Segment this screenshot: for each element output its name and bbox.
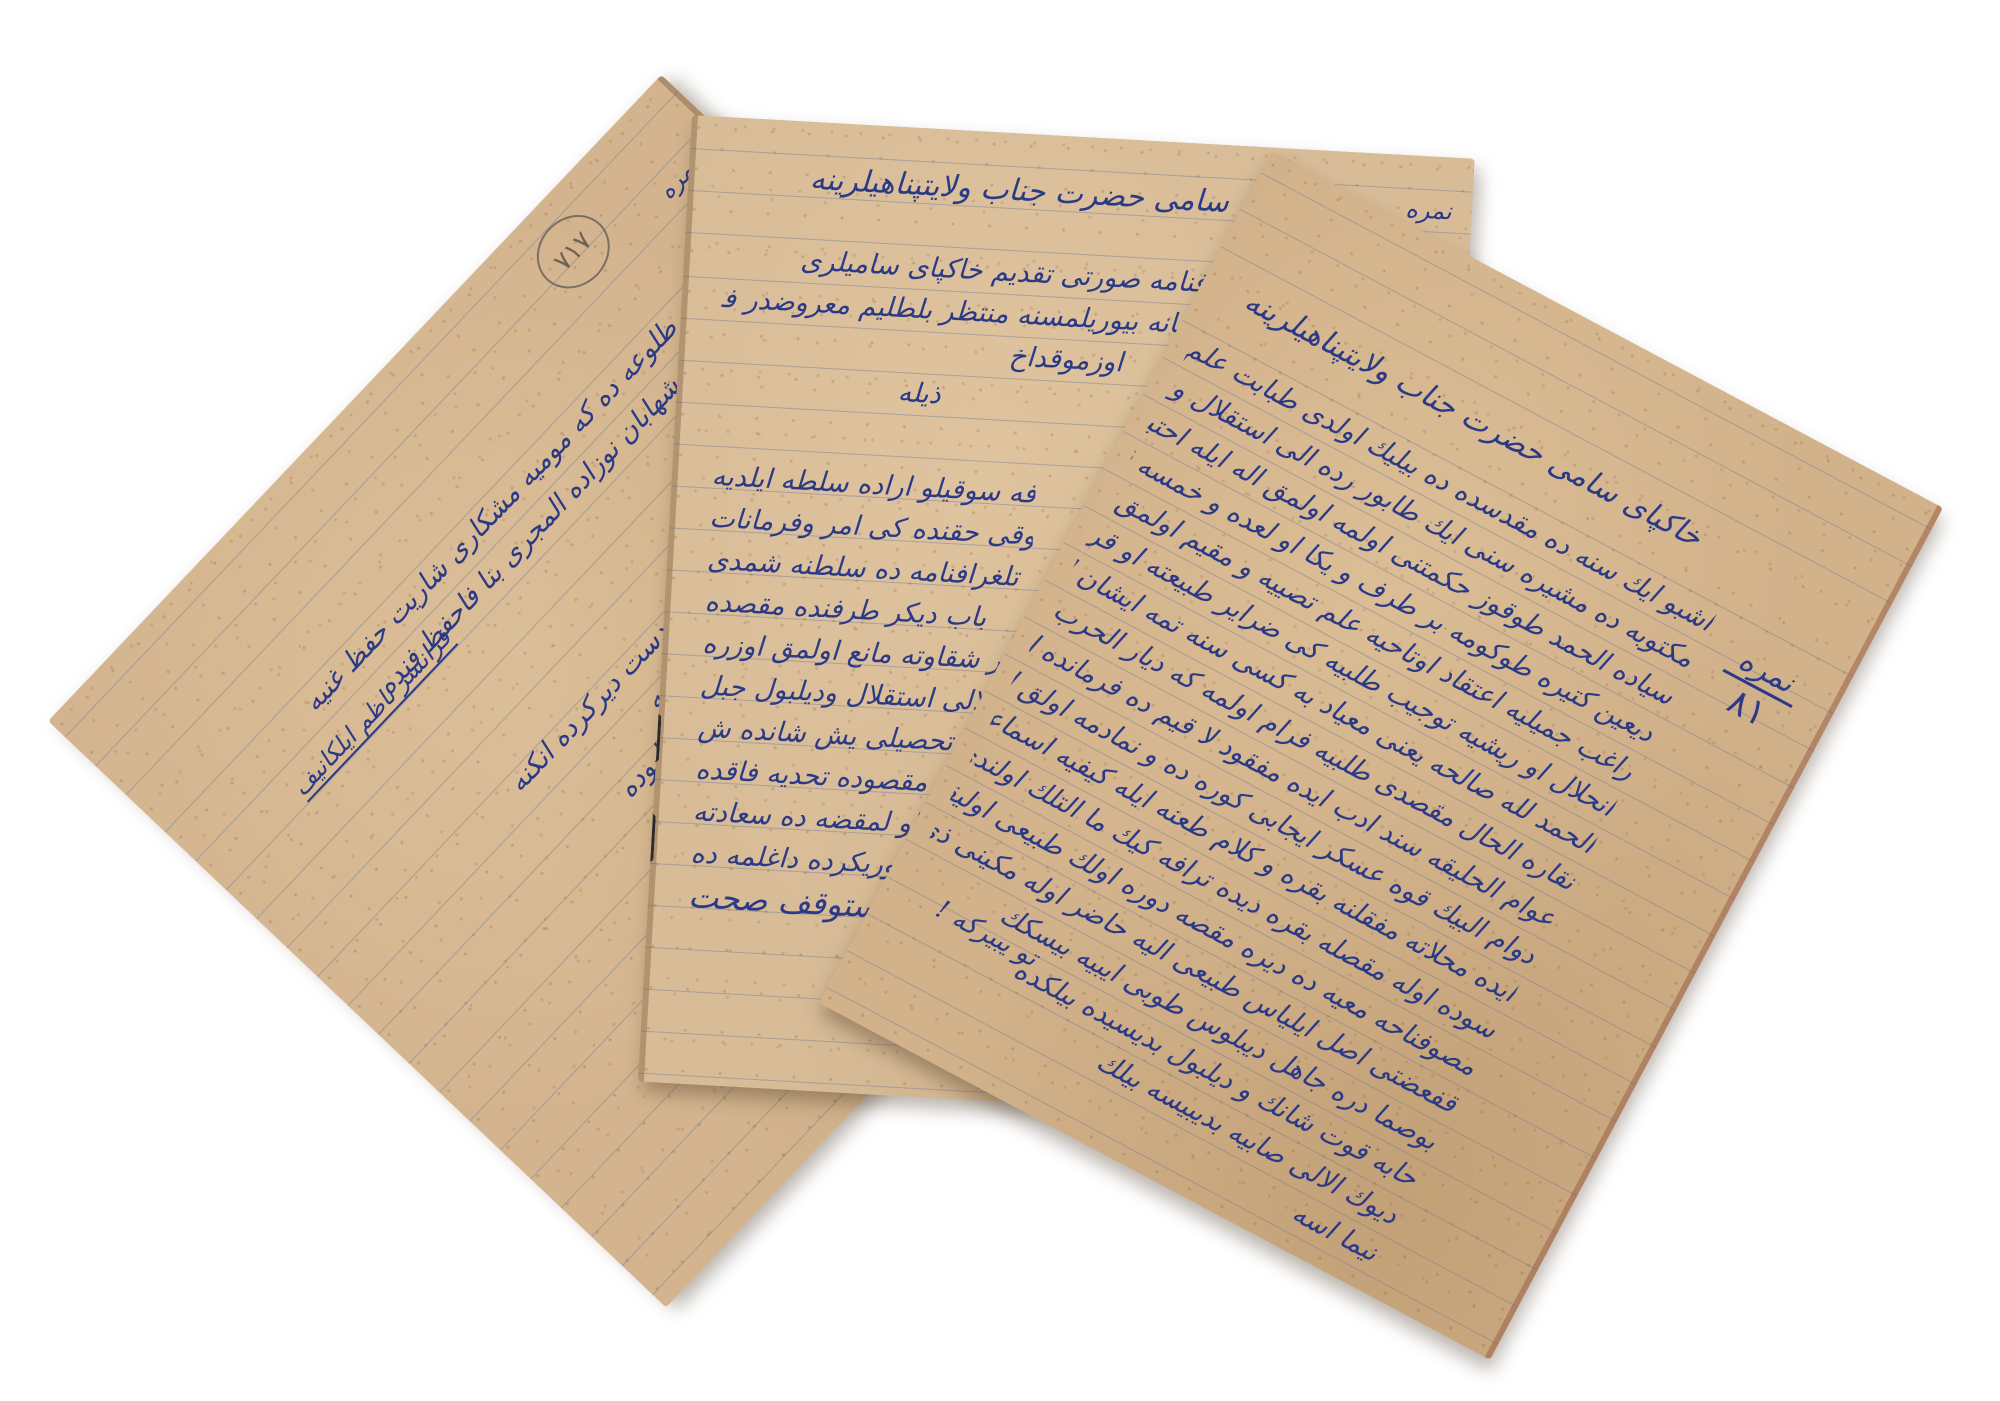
corner-label: نمره <box>1405 195 1453 226</box>
